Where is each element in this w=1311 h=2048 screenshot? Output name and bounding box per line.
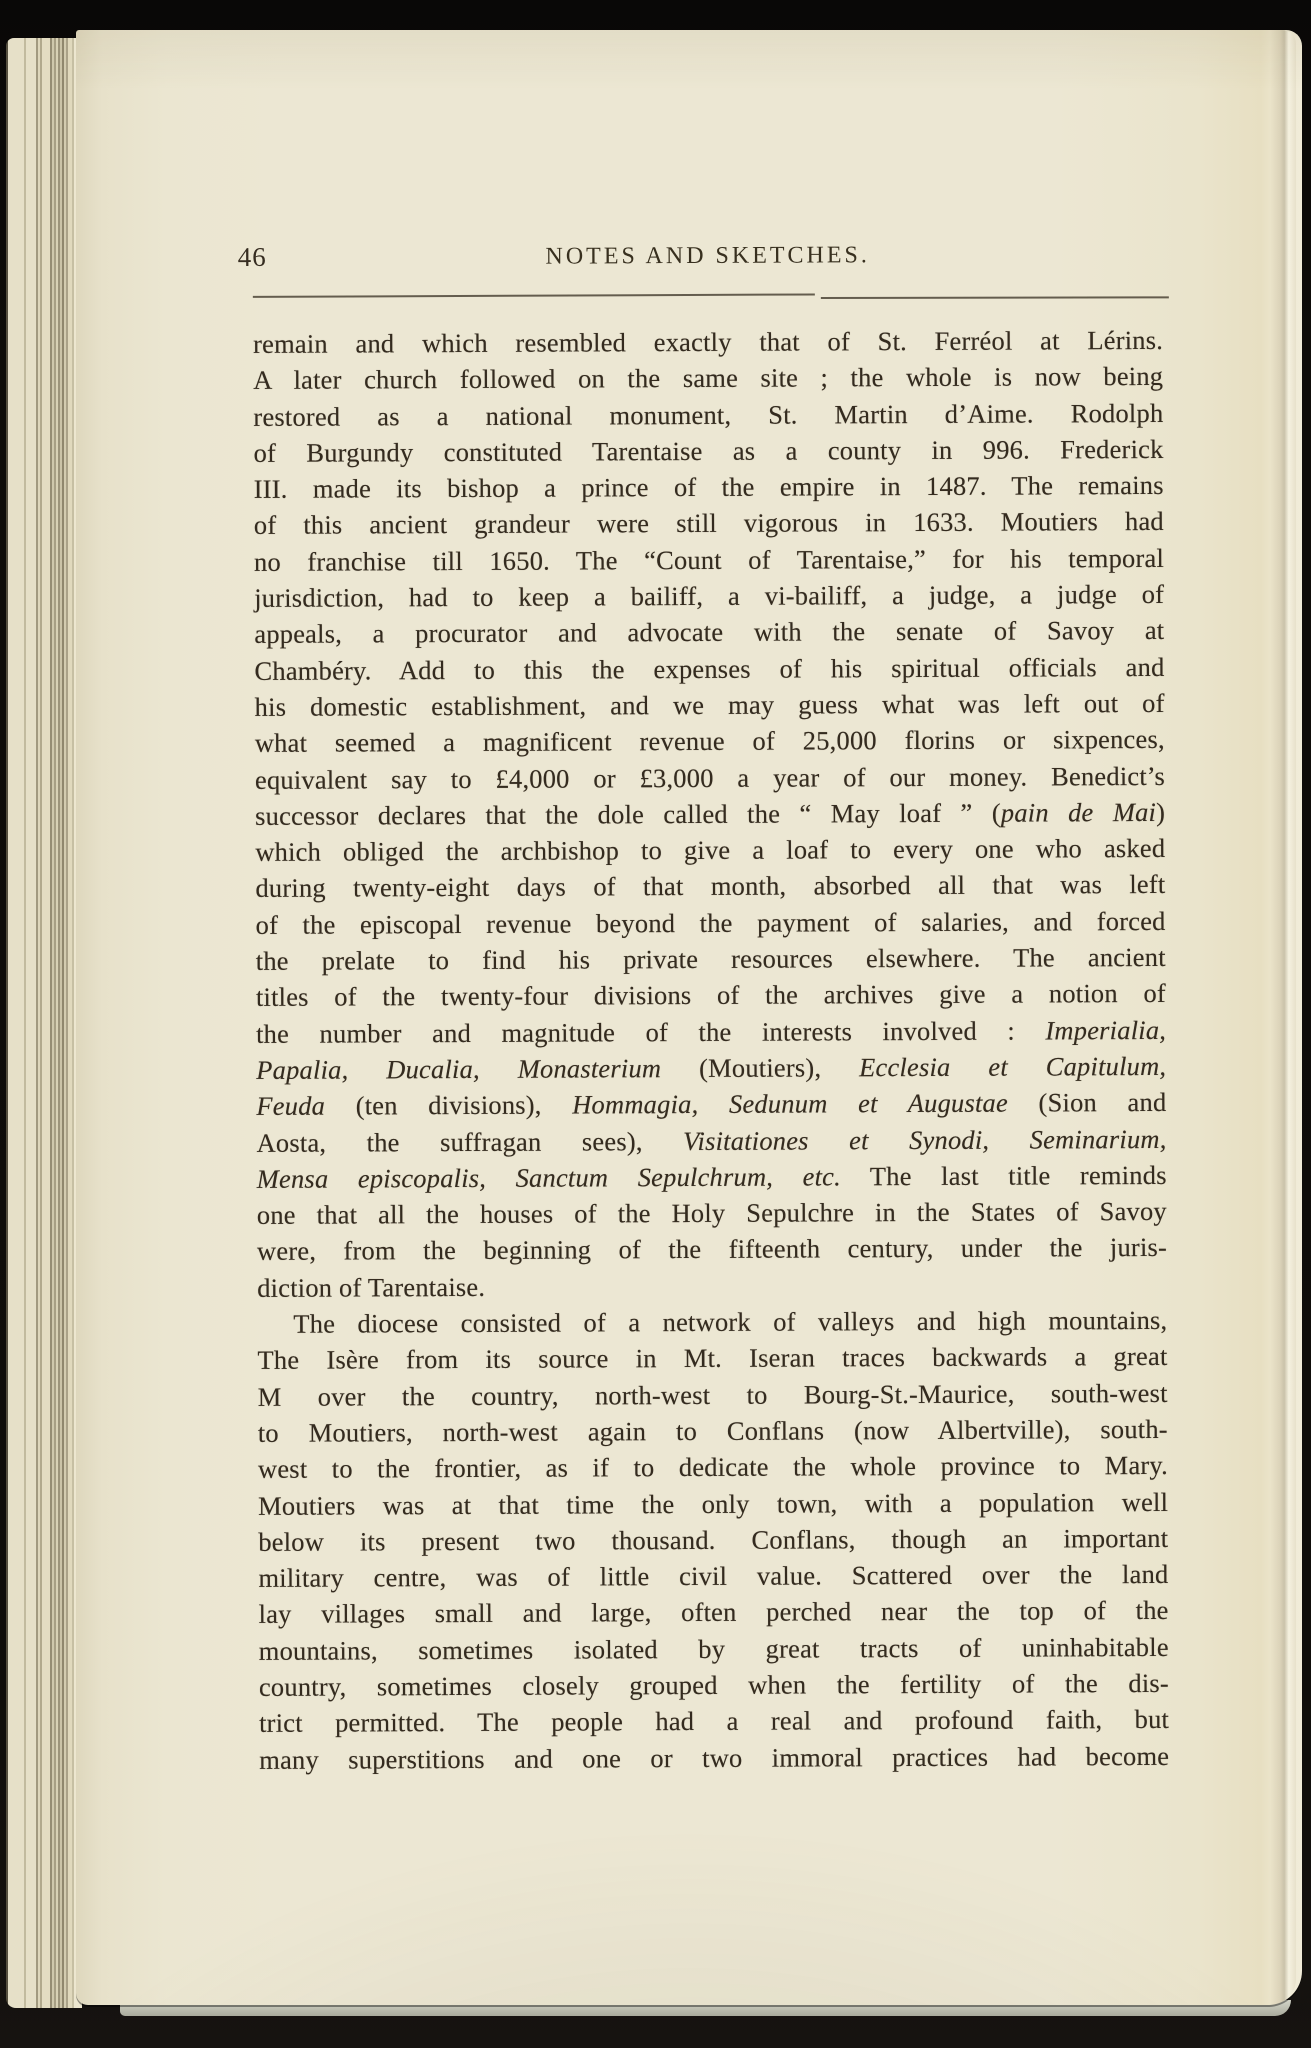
text-line: no franchise till 1650. The “Count of Ta… xyxy=(254,540,1164,580)
text-segment: which obliged the archbishop to give a l… xyxy=(255,833,1165,867)
text-segment: (Moutiers), xyxy=(661,1052,859,1083)
running-title: NOTES AND SKETCHES. xyxy=(253,240,1163,272)
text-line: what seemed a magnificent revenue of 25,… xyxy=(255,721,1165,761)
text-line: which obliged the archbishop to give a l… xyxy=(255,830,1165,870)
text-line: jurisdiction, had to keep a bailiff, a v… xyxy=(254,576,1164,616)
text-line: one that all the houses of the Holy Sepu… xyxy=(257,1193,1167,1233)
text-segment: what seemed a magnificent revenue of 25,… xyxy=(255,724,1165,758)
text-line: of this ancient grandeur were still vigo… xyxy=(254,503,1164,543)
text-line: equivalent say to £4,000 or £3,000 a yea… xyxy=(255,757,1165,797)
book-page: 46 NOTES AND SKETCHES. remain and which … xyxy=(76,30,1302,2005)
text-line: below its present two thousand. Conflans… xyxy=(258,1520,1168,1560)
text-line: Papalia, Ducalia, Monasterium (Moutiers)… xyxy=(256,1048,1166,1088)
text-line: trict permitted. The people had a real a… xyxy=(259,1701,1169,1741)
text-segment: of the episcopal revenue beyond the paym… xyxy=(256,906,1166,940)
text-segment: of Burgundy constituted Tarentaise as a … xyxy=(253,434,1163,468)
text-segment: (Sion and xyxy=(1008,1087,1167,1118)
text-line: The diocese consisted of a network of va… xyxy=(257,1302,1167,1342)
text-segment: many superstitions and one or two immora… xyxy=(259,1740,1169,1774)
text-line: lay villages small and large, often perc… xyxy=(259,1592,1169,1632)
text-segment: Moutiers was at that time the only town,… xyxy=(258,1486,1168,1520)
italic-text-segment: Feuda xyxy=(256,1091,325,1121)
page-content: 46 NOTES AND SKETCHES. remain and which … xyxy=(72,27,1307,2007)
text-segment: The diocese consisted of a network of va… xyxy=(293,1305,1167,1339)
text-segment: his domestic establishment, and we may g… xyxy=(255,688,1165,722)
text-segment: Aosta, the suffragan sees), xyxy=(256,1126,683,1158)
text-line: many superstitions and one or two immora… xyxy=(259,1737,1169,1777)
italic-text-segment: Ecclesia et Capitulum, xyxy=(859,1051,1166,1082)
italic-text-segment: Imperialia, xyxy=(1045,1015,1166,1046)
text-line: Chambéry. Add to this the expenses of hi… xyxy=(254,649,1164,689)
text-line: restored as a national monument, St. Mar… xyxy=(253,395,1163,435)
text-line: of the episcopal revenue beyond the paym… xyxy=(256,903,1166,943)
text-segment: The last title reminds xyxy=(841,1160,1167,1191)
text-segment: during twenty-eight days of that month, … xyxy=(255,869,1165,903)
text-segment: M over the country, north-west to Bourg-… xyxy=(258,1378,1168,1412)
text-segment: were, from the beginning of the fifteent… xyxy=(257,1232,1167,1266)
text-segment: appeals, a procurator and advocate with … xyxy=(254,615,1164,649)
text-segment: to Moutiers, north-west again to Conflan… xyxy=(258,1414,1168,1448)
text-segment: successor declares that the dole called … xyxy=(255,797,1001,830)
header-rule xyxy=(821,296,1169,299)
text-line: his domestic establishment, and we may g… xyxy=(255,685,1165,725)
text-line: remain and which resembled exactly that … xyxy=(253,322,1163,362)
text-line: Mensa episcopalis, Sanctum Sepulchrum, e… xyxy=(257,1157,1167,1197)
text-segment: equivalent say to £4,000 or £3,000 a yea… xyxy=(255,760,1165,794)
text-line: country, sometimes closely grouped when … xyxy=(259,1665,1169,1705)
text-line: were, from the beginning of the fifteent… xyxy=(257,1229,1167,1269)
body-text: remain and which resembled exactly that … xyxy=(253,322,1169,1778)
text-segment: lay villages small and large, often perc… xyxy=(259,1595,1169,1629)
text-segment: of this ancient grandeur were still vigo… xyxy=(254,506,1164,540)
text-segment: west to the frontier, as if to dedicate … xyxy=(258,1450,1168,1484)
italic-text-segment: Visitationes et Synodi, Seminarium, xyxy=(683,1123,1167,1155)
italic-text-segment: Hommagia, Sedunum et Augustae xyxy=(572,1088,1008,1120)
text-segment: ) xyxy=(1156,797,1165,827)
text-segment: The Isère from its source in Mt. Iseran … xyxy=(257,1341,1167,1375)
text-segment: titles of the twenty-four divisions of t… xyxy=(256,978,1166,1012)
text-line: III. made its bishop a prince of the emp… xyxy=(254,467,1164,507)
page-edge-stack xyxy=(6,38,82,2008)
text-segment: III. made its bishop a prince of the emp… xyxy=(254,470,1164,504)
text-segment: the number and magnitude of the interest… xyxy=(256,1015,1045,1048)
text-segment: no franchise till 1650. The “Count of Ta… xyxy=(254,543,1164,577)
text-segment: (ten divisions), xyxy=(325,1090,572,1121)
text-segment: country, sometimes closely grouped when … xyxy=(259,1668,1169,1702)
text-line: the prelate to find his private resource… xyxy=(256,939,1166,979)
text-segment: diction of Tarentaise. xyxy=(257,1272,485,1303)
text-segment: A later church followed on the same site… xyxy=(253,361,1163,395)
italic-text-segment: pain de Mai xyxy=(1001,797,1156,828)
text-line: to Moutiers, north-west again to Conflan… xyxy=(258,1411,1168,1451)
text-segment: remain and which resembled exactly that … xyxy=(253,325,1163,359)
text-line: The Isère from its source in Mt. Iseran … xyxy=(257,1338,1167,1378)
text-segment: the prelate to find his private resource… xyxy=(256,942,1166,976)
text-line: A later church followed on the same site… xyxy=(253,358,1163,398)
text-line: appeals, a procurator and advocate with … xyxy=(254,612,1164,652)
text-segment: military centre, was of little civil val… xyxy=(258,1559,1168,1593)
text-line: west to the frontier, as if to dedicate … xyxy=(258,1447,1168,1487)
text-line: Aosta, the suffragan sees), Visitationes… xyxy=(256,1120,1166,1160)
text-segment: one that all the houses of the Holy Sepu… xyxy=(257,1196,1167,1230)
text-segment: jurisdiction, had to keep a bailiff, a v… xyxy=(254,579,1164,613)
text-segment: trict permitted. The people had a real a… xyxy=(259,1704,1169,1738)
scan-background: 46 NOTES AND SKETCHES. remain and which … xyxy=(0,0,1311,2048)
text-segment: Chambéry. Add to this the expenses of hi… xyxy=(254,652,1164,686)
text-line: titles of the twenty-four divisions of t… xyxy=(256,975,1166,1015)
text-line: M over the country, north-west to Bourg-… xyxy=(258,1375,1168,1415)
text-segment: restored as a national monument, St. Mar… xyxy=(253,398,1163,432)
text-segment: below its present two thousand. Conflans… xyxy=(258,1523,1168,1557)
text-line: Moutiers was at that time the only town,… xyxy=(258,1483,1168,1523)
header-rule xyxy=(253,293,815,297)
text-line: diction of Tarentaise. xyxy=(257,1266,1167,1306)
text-line: mountains, sometimes isolated by great t… xyxy=(259,1629,1169,1669)
text-segment: mountains, sometimes isolated by great t… xyxy=(259,1632,1169,1666)
text-line: Feuda (ten divisions), Hommagia, Sedunum… xyxy=(256,1084,1166,1124)
text-line: the number and magnitude of the interest… xyxy=(256,1012,1166,1052)
text-line: of Burgundy constituted Tarentaise as a … xyxy=(253,431,1163,471)
text-line: successor declares that the dole called … xyxy=(255,794,1165,834)
text-line: military centre, was of little civil val… xyxy=(258,1556,1168,1596)
italic-text-segment: Mensa episcopalis, Sanctum Sepulchrum, e… xyxy=(257,1161,841,1194)
italic-text-segment: Papalia, Ducalia, Monasterium xyxy=(256,1053,661,1085)
text-line: during twenty-eight days of that month, … xyxy=(255,866,1165,906)
